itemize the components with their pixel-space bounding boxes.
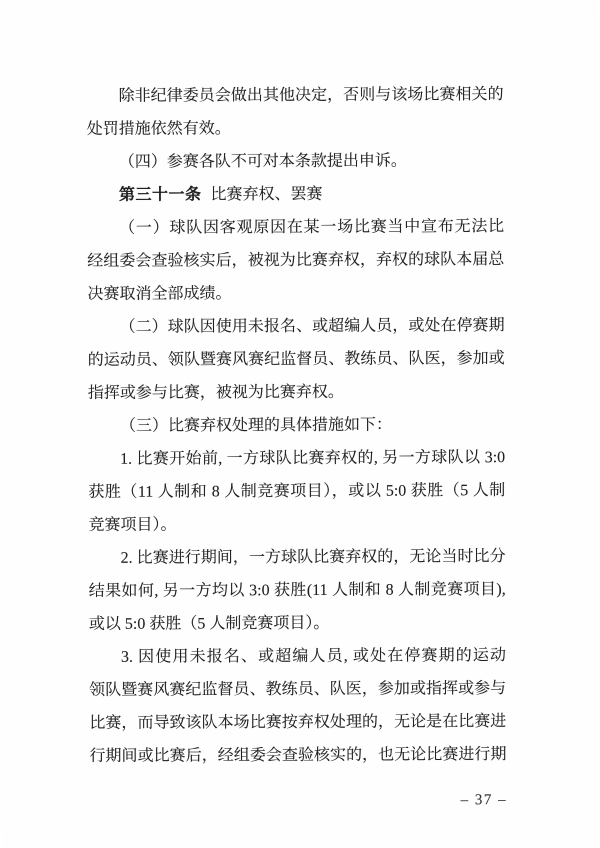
paragraph: 1. 比赛开始前, 一方球队比赛弃权的, 另一方球队以 3:0 获胜（11 人制…: [88, 441, 505, 542]
text-line: 1. 比赛开始前, 一方球队比赛弃权的, 另一方球队以 3:0: [88, 441, 505, 476]
text-line: 行期间或比赛后，经组委会查验核实的，也无论比赛进行期: [89, 738, 506, 773]
text-line: 处罚措施依然有效。: [87, 111, 504, 146]
text-line: 2. 比赛进行期间，一方球队比赛弃权的，无论当时比分: [89, 540, 506, 575]
text-line: 结果如何, 另一方均以 3:0 获胜(11 人制和 8 人制竞赛项目),: [89, 573, 506, 608]
body-text: 除非纪律委员会做出其他决定，否则与该场比赛相关的 处罚措施依然有效。 （四）参赛…: [86, 78, 506, 773]
paragraph: （四）参赛各队不可对本条款提出申诉。: [87, 144, 504, 179]
text-line: 除非纪律委员会做出其他决定，否则与该场比赛相关的: [86, 78, 503, 113]
heading-term: 第三十一条: [119, 186, 202, 203]
text-line: 指挥或参与比赛，被视为比赛弃权。: [88, 375, 505, 410]
paragraph: 3. 因使用未报名、或超编人员, 或处在停赛期的运动员、 领队暨赛风赛纪监督员、…: [89, 639, 507, 773]
paragraph: （一）球队因客观原因在某一场比赛当中宣布无法比赛， 经组委会查验核实后，被视为比…: [87, 210, 504, 311]
section-heading: 第三十一条比赛弃权、罢赛: [87, 177, 504, 212]
text-line: 获胜（11 人制和 8 人制竞赛项目），或以 5:0 获胜（5 人制: [88, 474, 505, 509]
document-page: 除非纪律委员会做出其他决定，否则与该场比赛相关的 处罚措施依然有效。 （四）参赛…: [0, 0, 600, 848]
text-line: 或以 5:0 获胜（5 人制竞赛项目）。: [89, 606, 506, 641]
paragraph: 2. 比赛进行期间，一方球队比赛弃权的，无论当时比分 结果如何, 另一方均以 3…: [89, 540, 506, 641]
text-line: （二）球队因使用未报名、或超编人员，或处在停赛期: [88, 309, 505, 344]
text-line: 决赛取消全部成绩。: [87, 276, 504, 311]
paragraph: （三）比赛弃权处理的具体措施如下：: [88, 408, 505, 443]
text-line: 第三十一条比赛弃权、罢赛: [87, 177, 504, 212]
heading-title: 比赛弃权、罢赛: [210, 186, 322, 203]
text-line: 的运动员、领队暨赛风赛纪监督员、教练员、队医，参加或: [88, 342, 505, 377]
text-line: 比赛，而导致该队本场比赛按弃权处理的，无论是在比赛进: [89, 705, 506, 740]
text-line: 竞赛项目）。: [88, 507, 505, 542]
page-number: – 37 –: [461, 790, 508, 810]
paragraph: （二）球队因使用未报名、或超编人员，或处在停赛期 的运动员、领队暨赛风赛纪监督员…: [88, 309, 505, 410]
text-line: 领队暨赛风赛纪监督员、教练员、队医，参加或指挥或参与: [89, 672, 506, 707]
text-line: 经组委会查验核实后，被视为比赛弃权，弃权的球队本届总: [87, 243, 504, 278]
paragraph: 除非纪律委员会做出其他决定，否则与该场比赛相关的 处罚措施依然有效。: [86, 78, 503, 146]
text-line: （一）球队因客观原因在某一场比赛当中宣布无法比赛，: [87, 210, 504, 245]
text-line: （三）比赛弃权处理的具体措施如下：: [88, 408, 505, 443]
text-line: 3. 因使用未报名、或超编人员, 或处在停赛期的运动员、: [89, 639, 506, 674]
text-line: （四）参赛各队不可对本条款提出申诉。: [87, 144, 504, 179]
